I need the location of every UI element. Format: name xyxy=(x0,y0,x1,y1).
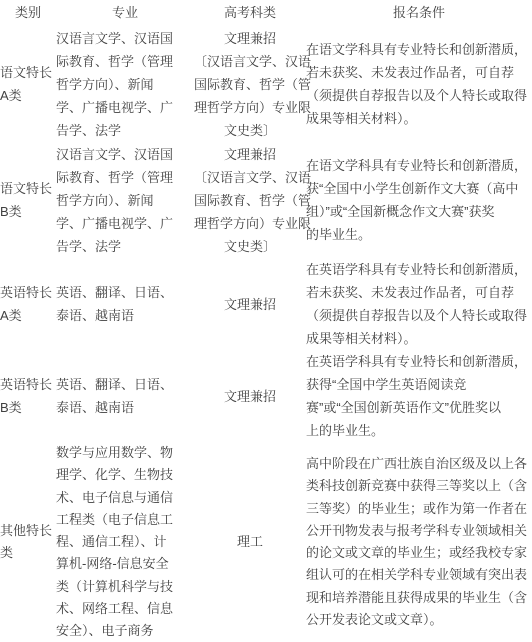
requirements-cell: 在语文学科具有专业特长和创新潜质， 获“全国中小学生创新作文大赛（高中 组）”或… xyxy=(306,142,532,258)
subject-type-cell: 文理兼招 〔汉语言文学、汉语 国际教育、哲学（管 理哲学方向）专业限 文史类〕 xyxy=(194,142,306,258)
column-header-category: 类别 xyxy=(0,0,56,26)
table-row: 英语特长 B类 英语、翻译、日语、 泰语、越南语 文理兼招 在英语学科具有专业特… xyxy=(0,350,532,442)
majors-cell: 英语、翻译、日语、 泰语、越南语 xyxy=(56,258,194,350)
majors-cell: 汉语言文学、汉语国 际教育、哲学（管理 哲学方向）、新闻 学、广播电视学、广 告… xyxy=(56,142,194,258)
majors-cell: 英语、翻译、日语、 泰语、越南语 xyxy=(56,350,194,442)
category-cell: 英语特长 B类 xyxy=(0,350,56,442)
requirements-cell: 在英语学科具有专业特长和创新潜质， 若未获奖、未发表过作品者，可自荐 （须提供自… xyxy=(306,258,532,350)
table-row: 其他特长 类 数学与应用数学、物 理学、化学、生物技 术、电子信息与通信 工程类… xyxy=(0,442,532,642)
table-row: 英语特长 A类 英语、翻译、日语、 泰语、越南语 文理兼招 在英语学科具有专业特… xyxy=(0,258,532,350)
majors-cell: 汉语言文学、汉语国 际教育、哲学（管理 哲学方向）、新闻 学、广播电视学、广 告… xyxy=(56,26,194,142)
column-header-majors: 专业 xyxy=(56,0,194,26)
subject-type-cell: 文理兼招 xyxy=(194,350,306,442)
subject-type-cell: 文理兼招 xyxy=(194,258,306,350)
admission-requirements-table: 类别 专业 高考科类 报名条件 语文特长 A类 汉语言文学、汉语国 际教育、哲学… xyxy=(0,0,532,642)
table-row: 语文特长 B类 汉语言文学、汉语国 际教育、哲学（管理 哲学方向）、新闻 学、广… xyxy=(0,142,532,258)
subject-type-cell: 文理兼招 〔汉语言文学、汉语 国际教育、哲学（管 理哲学方向）专业限 文史类〕 xyxy=(194,26,306,142)
category-cell: 英语特长 A类 xyxy=(0,258,56,350)
table-row: 语文特长 A类 汉语言文学、汉语国 际教育、哲学（管理 哲学方向）、新闻 学、广… xyxy=(0,26,532,142)
category-cell: 语文特长 B类 xyxy=(0,142,56,258)
requirements-cell: 高中阶段在广西壮族自治区级及以上各 类科技创新竞赛中获得三等奖以上（含 三等奖）… xyxy=(306,442,532,642)
category-cell: 其他特长 类 xyxy=(0,442,56,642)
requirements-cell: 在英语学科具有专业特长和创新潜质， 获得“全国中学生英语阅读竞 赛”或“全国创新… xyxy=(306,350,532,442)
column-header-requirements: 报名条件 xyxy=(306,0,532,26)
subject-type-cell: 理工 xyxy=(194,442,306,642)
category-cell: 语文特长 A类 xyxy=(0,26,56,142)
column-header-subject-type: 高考科类 xyxy=(194,0,306,26)
requirements-cell: 在语文学科具有专业特长和创新潜质， 若未获奖、未发表过作品者，可自荐 （须提供自… xyxy=(306,26,532,142)
majors-cell: 数学与应用数学、物 理学、化学、生物技 术、电子信息与通信 工程类（电子信息工 … xyxy=(56,442,194,642)
table-header-row: 类别 专业 高考科类 报名条件 xyxy=(0,0,532,26)
